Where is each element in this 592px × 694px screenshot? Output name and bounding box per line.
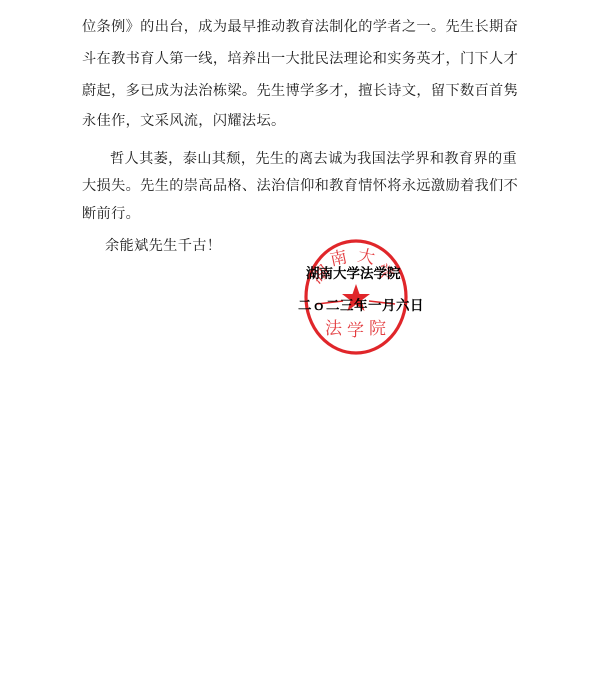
signature-organization: 湖南大学法学院: [306, 266, 401, 282]
paragraph-2-line-3: 断前行。: [82, 205, 512, 223]
paragraph-1-line-1: 位条例》的出台，成为最早推动教育法制化的学者之一。先生长期奋: [82, 18, 512, 36]
paragraph-2-line-2: 大损失。先生的崇高品格、法治信仰和教育情怀将永远激励着我们不: [82, 177, 512, 195]
paragraph-1-line-4: 永佳作，文采风流，闪耀法坛。: [82, 112, 512, 130]
seal-char-yuan: 院: [369, 319, 386, 339]
seal-char-xue2: 学: [347, 321, 364, 341]
seal-char-fa: 法: [325, 319, 343, 339]
paragraph-1-line-2: 斗在教书育人第一线，培养出一大批民法理论和实务英才，门下人才: [82, 50, 512, 68]
paragraph-2-line-1: 哲人其萎，泰山其颓，先生的离去诚为我国法学界和教育界的重: [110, 150, 510, 168]
paragraph-1-line-3: 蔚起，多已成为法治栋梁。先生博学多才，擅长诗文，留下数百首隽: [82, 82, 512, 100]
signature-date: 二ｏ二三年一月六日: [298, 298, 424, 314]
document-page: 位条例》的出台，成为最早推动教育法制化的学者之一。先生长期奋 斗在教书育人第一线…: [0, 0, 592, 694]
official-seal: 湖 南 大 学 法 学 院: [303, 238, 409, 356]
